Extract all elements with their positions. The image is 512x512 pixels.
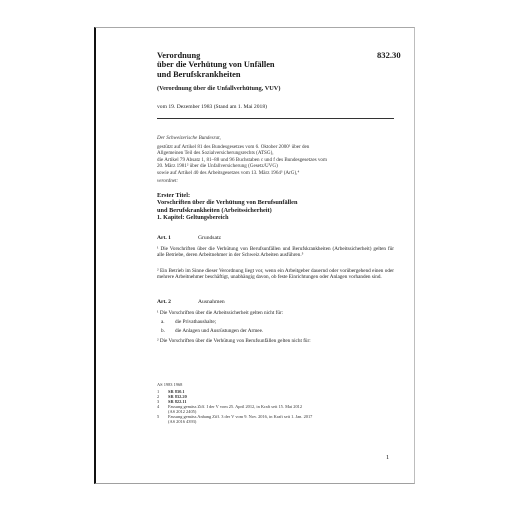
title-line: Verordnung (157, 51, 275, 60)
footnote-source: (AS 2016 4393) (168, 419, 196, 424)
document-page: 832.30 Verordnung über die Verhütung von… (94, 27, 415, 484)
footnote-number: 4 (157, 404, 168, 414)
as-reference: AS 1983 1968 (157, 382, 397, 387)
article-paragraph: ² Ein Betrieb im Sinne dieser Verordnung… (157, 268, 394, 281)
list-item: a.die Privathaushalte; (157, 318, 263, 327)
part-title-line: Vorschriften über die Verhütung von Beru… (157, 199, 297, 206)
list-text: die Privathaushalte; (175, 319, 216, 325)
divider (157, 118, 394, 119)
article-title: Grundsatz (198, 235, 221, 241)
footnote: 4Fassung gemäss Ziff. I der V vom 25. Ap… (157, 404, 397, 414)
chapter-title: 1. Kapitel: Geltungsbereich (157, 215, 229, 221)
article-paragraph: ¹ Die Vorschriften über die Verhütung vo… (157, 246, 394, 259)
article-number: Art. 2 (157, 299, 198, 305)
footnotes: AS 1983 1968 1SR 830.1 2SR 832.20 3SR 82… (157, 382, 397, 424)
preamble: Der Schweizerische Bundesrat, gestützt a… (157, 135, 397, 185)
title-line: über die Verhütung von Unfällen (157, 60, 275, 69)
article-title: Ausnahmen (198, 299, 225, 305)
document-title: Verordnung über die Verhütung von Unfäll… (157, 51, 275, 79)
list-text: die Anlagen und Ausrüstungen der Armee. (175, 328, 263, 334)
article-paragraph: ² Die Vorschriften über die Verhütung vo… (157, 338, 394, 344)
part-title-line: und Berufskrankheiten (Arbeitssicherheit… (157, 207, 297, 214)
article-heading: Art. 1Grundsatz (157, 235, 221, 241)
part-title-line: Erster Titel: (157, 192, 297, 199)
preamble-closing: verordnet: (157, 178, 397, 185)
footnote-number: 5 (157, 414, 168, 424)
date-line: vom 19. Dezember 1983 (Stand am 1. Mai 2… (157, 104, 267, 110)
sr-number: 832.30 (377, 50, 401, 60)
preamble-line: sowie auf Artikel 40 des Arbeitsgesetzes… (157, 170, 397, 177)
page-number: 1 (386, 454, 389, 461)
footnote: 5Fassung gemäss Anhang Ziff. 3 der V vom… (157, 414, 397, 424)
article-heading: Art. 2Ausnahmen (157, 299, 225, 305)
list-item: b.die Anlagen und Ausrüstungen der Armee… (157, 327, 263, 336)
list-label: b. (157, 327, 175, 336)
article-number: Art. 1 (157, 235, 198, 241)
part-title: Erster Titel: Vorschriften über die Verh… (157, 192, 297, 214)
article-list: a.die Privathaushalte; b.die Anlagen und… (157, 318, 263, 336)
preamble-intro: Der Schweizerische Bundesrat, (157, 135, 397, 142)
article-paragraph: ¹ Die Vorschriften über die Arbeitssiche… (157, 310, 394, 316)
short-title: (Verordnung über die Unfallverhütung, VU… (157, 85, 280, 92)
title-line: und Berufskrankheiten (157, 70, 275, 79)
list-label: a. (157, 318, 175, 327)
